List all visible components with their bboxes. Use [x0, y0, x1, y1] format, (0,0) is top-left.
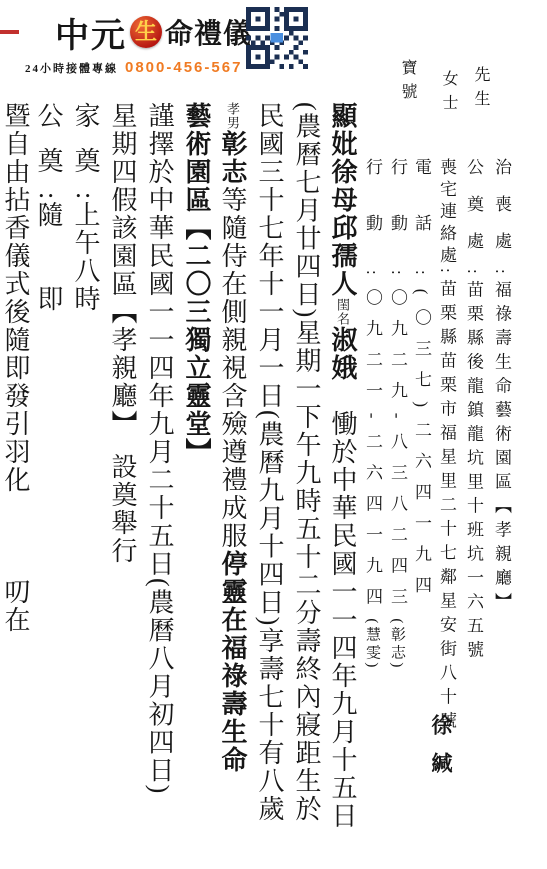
contact-value: :(〇三七)二六四一九四 — [412, 270, 431, 607]
brand-text-post: 命禮儀 — [165, 12, 252, 52]
contact-value: :苗栗縣後龍鎮龍坑里十班坑一六五號 — [464, 269, 483, 665]
contact-person: (彰志) — [389, 618, 405, 670]
body-column-ceremony-venue: 星期四假該園區【孝親廳】 設奠舉行 — [109, 102, 135, 565]
honorific-mister: 先生 — [472, 66, 488, 114]
contact-label: 公奠處 — [464, 158, 483, 269]
maiden-name: 淑娥 — [328, 326, 357, 382]
hotline-label: 24小時接體專線 — [25, 60, 118, 76]
qr-code-icon — [246, 7, 308, 69]
resting-place: 停靈在福祿壽生命 — [218, 550, 247, 774]
body-column-memorial-hall: 藝術園區【二〇三獨立靈堂】 — [183, 102, 209, 466]
contact-person: (慧雯) — [364, 618, 380, 670]
contact-label: 治喪處 — [492, 158, 511, 269]
contact-label: 喪宅連絡處 — [437, 158, 456, 268]
body-column-sons-vigil: 孝男彰志等隨侍在側親視含殮遵禮成服停靈在福祿壽生命 — [219, 102, 245, 774]
body-column-public-rite-time: 公奠:隨 即 — [35, 102, 61, 313]
death-date: 慟於中華民國一一四年九月十五日 — [328, 382, 357, 830]
contact-value: :苗栗縣苗栗市福星里二十七鄰星安街八十號 — [437, 268, 456, 736]
brand-text-pre: 中元 — [55, 8, 127, 57]
contact-line-funeral-office: 治喪處:福祿壽生命藝術園區【孝親廳】 — [493, 158, 510, 617]
deceased-name: 顯妣徐母邱孺人 — [328, 102, 357, 298]
filial-son-label: 孝男 — [225, 102, 240, 130]
contact-label: 行動 — [363, 158, 382, 270]
hotline: 24小時接體專線 0800-456-567 — [25, 59, 242, 76]
contact-label: 行動 — [388, 158, 407, 270]
contact-value: :〇九二一-二六四一九四 — [363, 270, 382, 618]
red-dash-decoration — [0, 30, 19, 34]
body-column-ceremony-date: 謹擇於中華民國一一四年九月二十五日(農曆八月初四日) — [146, 102, 172, 795]
honorific-company: 寶號 — [399, 59, 415, 107]
body-column-family-rite-time: 家奠:上午八時 — [72, 102, 98, 313]
family-seal: 徐緘 — [430, 714, 451, 790]
brand-logo: 中元 生 命禮儀 — [55, 10, 252, 54]
contact-value: :福祿壽生命藝術園區【孝親廳】 — [492, 269, 511, 617]
body-column-deceased-name: 顯妣徐母邱孺人閨名淑娥 慟於中華民國一一四年九月十五日 — [329, 102, 355, 830]
honorific-madam: 女士 — [440, 70, 456, 118]
body-column-procession: 暨自由拈香儀式後隨即發引羽化 叨在 — [2, 102, 28, 634]
hotline-number: 0800-456-567 — [125, 59, 242, 76]
funeral-notice-page: 中元 生 命禮儀 24小時接體專線 0800-456-567 先生 — [0, 0, 547, 869]
son-name: 彰志 — [218, 130, 247, 186]
contact-line-home-address: 喪宅連絡處:苗栗縣苗栗市福星里二十七鄰星安街八十號 — [438, 158, 455, 736]
body-column-birth-date: 民國三十七年十一月一日(農曆九月十四日)享壽七十有八歲 — [256, 102, 282, 823]
contact-value: :〇九二九-八三八二四三 — [388, 270, 407, 618]
maiden-name-label: 閨名 — [335, 298, 350, 326]
contact-line-telephone: 電話:(〇三七)二六四一九四 — [413, 158, 430, 607]
contact-line-public-memorial: 公奠處:苗栗縣後龍鎮龍坑里十班坑一六五號 — [465, 158, 482, 665]
body-column-death-time: (農曆七月廿四日)星期一下午九時五十二分壽終內寢距生於 — [293, 102, 319, 823]
contact-line-mobile-2: 行動:〇九二一-二六四一九四(慧雯) — [364, 158, 381, 670]
brand-seal-icon: 生 — [130, 16, 162, 48]
contact-label: 電話 — [412, 158, 431, 270]
brand-seal-char: 生 — [135, 21, 157, 43]
contact-line-mobile-1: 行動:〇九二九-八三八二四三(彰志) — [389, 158, 406, 670]
